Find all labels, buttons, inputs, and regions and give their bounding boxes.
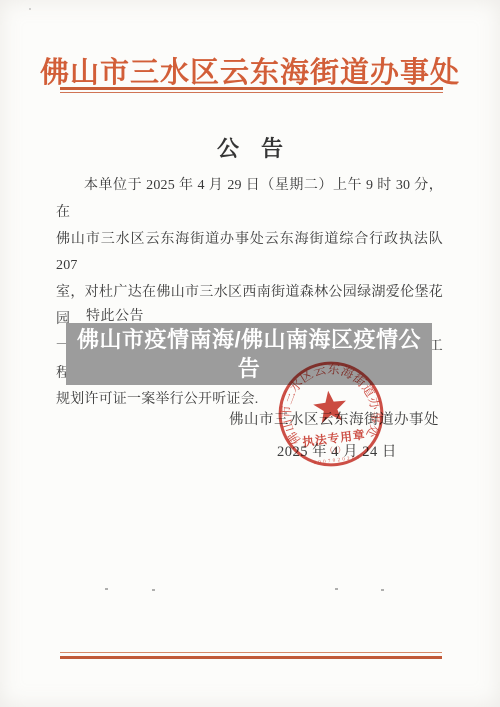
overlay-banner-line-1: 佛山市疫情南海/佛山南海区疫情公 — [77, 325, 421, 354]
letterhead-org-name: 佛山市三水区云东海街道办事处 — [0, 50, 500, 91]
letterhead-rule-bottom — [60, 92, 443, 93]
scan-speck — [29, 8, 31, 10]
body-line-2: 佛山市三水区云东海街道办事处云东海街道综合行政执法队207 — [56, 227, 443, 281]
footer-rule-top — [60, 652, 442, 653]
scan-speck — [335, 588, 338, 590]
footer-rule-bottom — [60, 656, 442, 659]
letterhead-rule-top — [60, 87, 443, 90]
closing-line: 特此公告 — [86, 305, 144, 325]
overlay-banner-line-2: 告 — [238, 354, 261, 383]
scan-speck — [105, 588, 108, 590]
body-line-1: 本单位于 2025 年 4 月 29 日（星期二）上午 9 时 30 分，在 — [56, 173, 443, 227]
seal-star-icon — [312, 389, 349, 424]
scan-speck — [381, 589, 384, 591]
document-page: 佛山市三水区云东海街道办事处 公 告 本单位于 2025 年 4 月 29 日（… — [0, 0, 500, 707]
seal-center-sub: （1） — [325, 445, 346, 456]
document-title: 公 告 — [0, 132, 500, 163]
official-seal-stamp: 佛山市三水区云东海街道办事处 执法专用章 （1） 6 0 0 7 0 2 0 2… — [272, 355, 390, 473]
scan-speck — [152, 589, 155, 591]
